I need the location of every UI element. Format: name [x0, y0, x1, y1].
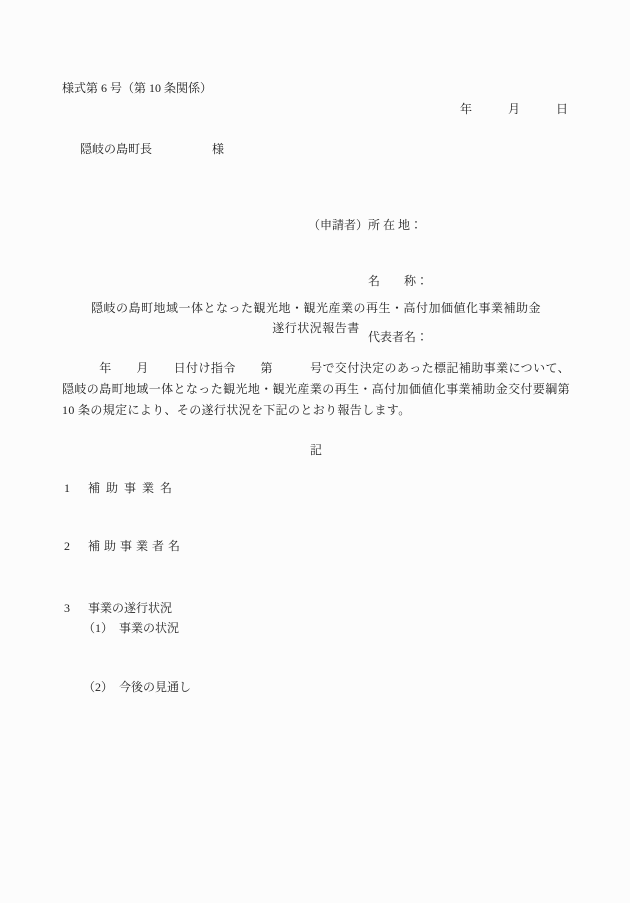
sub-item-future-outlook: （2）今後の見通し: [83, 680, 191, 694]
document-title-line1: 隠岐の島町地域一体となった観光地・観光産業の再生・高付加価値化事業補助金: [62, 298, 570, 318]
date-line: 年 月 日: [62, 102, 568, 116]
form-number: 様式第 6 号（第 10 条関係）: [62, 81, 212, 95]
record-marker: 記: [62, 443, 570, 457]
item-2-label: 補助事業者名: [88, 539, 184, 553]
document-title: 隠岐の島町地域一体となった観光地・観光産業の再生・高付加価値化事業補助金 遂行状…: [62, 298, 570, 338]
sub-item-1-label: 事業の状況: [119, 621, 179, 635]
applicant-block: （申請者）所 在 地： 名 称： 代表者名：: [308, 190, 428, 386]
item-2-number: 2: [64, 539, 88, 553]
applicant-address-row: （申請者）所 在 地：: [308, 218, 428, 232]
body-paragraph-line3: 10 条の規定により、その遂行状況を下記のとおり報告します。: [62, 400, 570, 421]
document-title-line2: 遂行状況報告書: [62, 318, 570, 338]
applicant-name-label: 名 称：: [368, 274, 428, 288]
document-page: 様式第 6 号（第 10 条関係） 年 月 日 隠岐の島町長 様 （申請者）所 …: [0, 0, 630, 903]
applicant-address-label: 所 在 地：: [368, 218, 422, 232]
sub-item-2-label: 今後の見通し: [119, 680, 191, 694]
item-3-number: 3: [64, 601, 88, 615]
applicant-prefix-label: （申請者）: [308, 218, 368, 232]
body-paragraph: 年 月 日付け指令 第 号で交付決定のあった標記補助事業について、 隠岐の島町地…: [62, 358, 570, 421]
item-1-label: 補助事業名: [88, 481, 178, 495]
item-subsidized-operator-name: 2補助事業者名: [64, 539, 184, 553]
sub-item-project-situation: （1）事業の状況: [83, 621, 179, 635]
item-subsidized-project-name: 1補助事業名: [64, 481, 178, 495]
item-project-progress-status: 3事業の遂行状況: [64, 601, 172, 615]
item-1-number: 1: [64, 481, 88, 495]
sub-item-1-number: （1）: [83, 621, 119, 635]
body-paragraph-line1: 年 月 日付け指令 第 号で交付決定のあった標記補助事業について、: [62, 358, 570, 379]
body-paragraph-line2: 隠岐の島町地域一体となった観光地・観光産業の再生・高付加価値化事業補助金交付要綱…: [62, 379, 570, 400]
item-3-label: 事業の遂行状況: [88, 601, 172, 615]
recipient-line: 隠岐の島町長 様: [80, 142, 224, 156]
sub-item-2-number: （2）: [83, 680, 119, 694]
